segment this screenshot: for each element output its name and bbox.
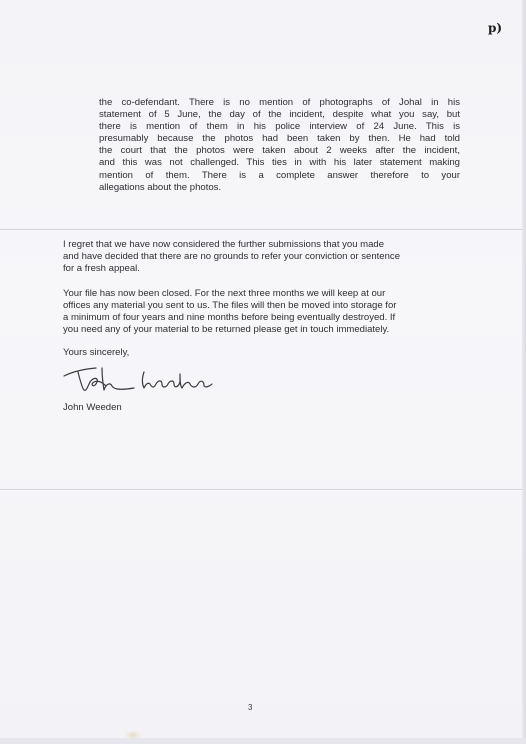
text-line: and this was not challenged. This ties i… bbox=[99, 157, 460, 169]
text-line: a minimum of four years and nine months … bbox=[63, 312, 441, 324]
text-line: the co-defendant. There is no mention of… bbox=[99, 97, 460, 109]
paragraph-file-closed: Your file has now been closed. For the n… bbox=[63, 288, 441, 336]
fold-line bbox=[0, 229, 526, 230]
page-edge bbox=[522, 0, 526, 744]
text-line: for a fresh appeal. bbox=[63, 263, 441, 275]
text-line: you need any of your material to be retu… bbox=[63, 324, 441, 336]
text-line: mention of them. There is a complete ans… bbox=[99, 170, 460, 182]
text-line: offices any material you sent to us. The… bbox=[63, 300, 441, 312]
letter-page: p) the co-defendant. There is no mention… bbox=[0, 0, 526, 744]
text-line: the court that the photos were taken abo… bbox=[99, 145, 460, 157]
page-edge bbox=[0, 738, 526, 744]
paragraph-photos: the co-defendant. There is no mention of… bbox=[99, 97, 460, 194]
page-number: 3 bbox=[248, 703, 252, 712]
text-line: presumably because the photos had been t… bbox=[99, 133, 460, 145]
text-line: and have decided that there are no groun… bbox=[63, 251, 441, 263]
signer-name: John Weeden bbox=[63, 402, 122, 413]
closing-salutation: Yours sincerely, bbox=[63, 347, 129, 358]
paper-stain bbox=[124, 730, 142, 740]
text-line: there is mention of them in his police i… bbox=[99, 121, 460, 133]
corner-marker: p) bbox=[488, 21, 502, 35]
text-line: I regret that we have now considered the… bbox=[63, 239, 441, 251]
fold-line bbox=[0, 489, 526, 490]
text-line: statement of 5 June, the day of the inci… bbox=[99, 109, 460, 121]
text-line: allegations about the photos. bbox=[99, 182, 460, 194]
paragraph-decision: I regret that we have now considered the… bbox=[63, 239, 441, 275]
signature bbox=[62, 362, 242, 398]
text-line: Your file has now been closed. For the n… bbox=[63, 288, 441, 300]
